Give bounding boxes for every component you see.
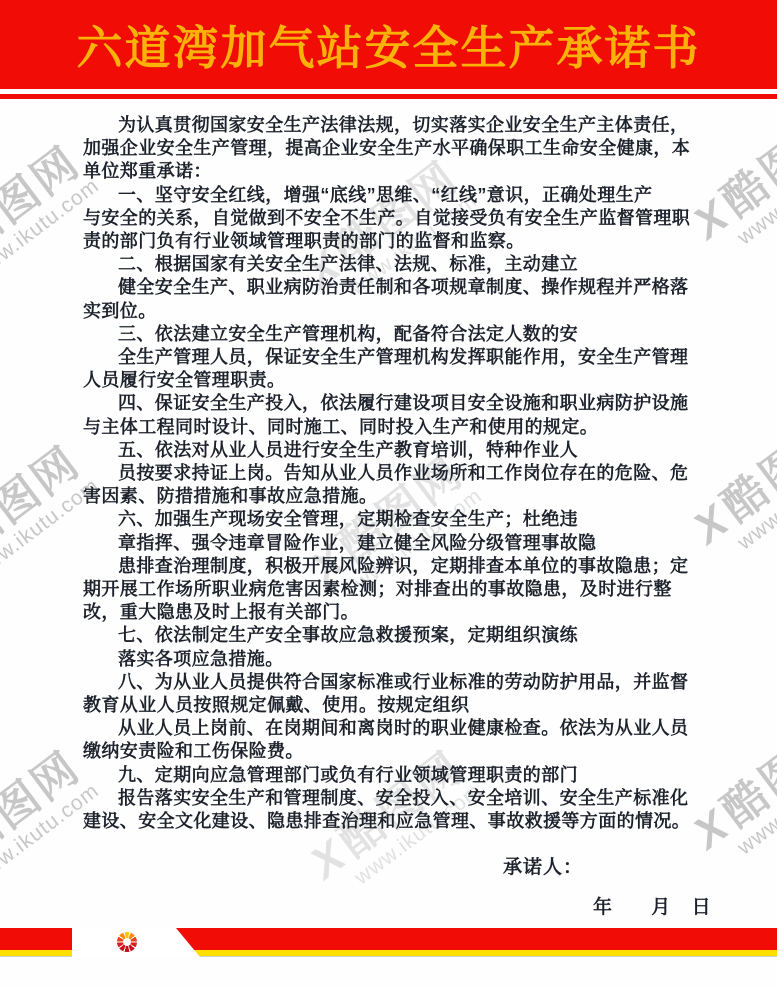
ikutu-brand-text: 酷图网 xyxy=(0,137,89,261)
body-line: 害因素、防措措施和事故应急措施。 xyxy=(83,485,695,508)
body-line: 四、保证安全生产投入，依法履行建设项目安全设施和职业病防护设施 xyxy=(83,392,695,415)
footer-band xyxy=(0,928,777,957)
petrochina-logo-icon xyxy=(117,932,137,952)
commitment-letter-page: X酷图网 www.ikutu.com X酷图网 www.ikutu.com X酷… xyxy=(0,0,777,988)
body-line: 章指挥、强令违章冒险作业，建立健全风险分级管理事故隐 xyxy=(83,532,695,555)
body-line: 三、依法建立安全生产管理机构，配备符合法定人数的安 xyxy=(83,323,695,346)
body-line: 一、坚守安全红线，增强“底线”思维、“红线”意识，正确处理生产 xyxy=(83,184,695,207)
body-line: 五、依法对从业人员进行安全生产教育培训，特种作业人 xyxy=(83,439,695,462)
body-line: 实到位。 xyxy=(83,300,695,323)
body-line: 落实各项应急措施。 xyxy=(83,648,695,671)
body-line: 与安全的关系，自觉做到不安全不生产。自觉接受负有安全生产监督管理职 xyxy=(83,207,695,230)
body-line: 单位郑重承诺： xyxy=(83,160,695,183)
body-line: 为认真贯彻国家安全生产法律法规，切实落实企业安全生产主体责任， xyxy=(83,114,695,137)
ikutu-url-text: www.ikutu.com xyxy=(734,445,777,555)
header-divider xyxy=(0,94,777,99)
body-line: 报告落实安全生产和管理制度、安全投入、安全培训、安全生产标准化 xyxy=(83,787,695,810)
body-line: 期开展工作场所职业病危害因素检测；对排查出的事故隐患，及时进行整 xyxy=(83,578,695,601)
document-body: 为认真贯彻国家安全生产法律法规，切实落实企业安全生产主体责任， 加强企业安全生产… xyxy=(83,114,695,833)
ikutu-brand-text: 酷图网 xyxy=(713,712,777,836)
ikutu-watermark: X酷图网 www.ikutu.com xyxy=(685,103,777,265)
body-line: 加强企业安全生产管理，提高企业安全生产水平确保职工生命安全健康，本 xyxy=(83,137,695,160)
body-line: 六、加强生产现场安全管理，定期检查安全生产；杜绝违 xyxy=(83,508,695,531)
ikutu-brand-text: 酷图网 xyxy=(0,437,89,561)
ikutu-url-text: www.ikutu.com xyxy=(734,140,777,250)
body-line: 缴纳安责险和工伤保险费。 xyxy=(83,740,695,763)
ikutu-logo-mark: X xyxy=(301,830,356,889)
page-title: 六道湾加气站安全生产承诺书 xyxy=(77,12,701,78)
body-line: 人员履行安全管理职责。 xyxy=(83,369,695,392)
body-line: 患排查治理制度，积极开展风险辨识，定期排查本单位的事故隐患；定 xyxy=(83,555,695,578)
body-line: 责的部门负有行业领域管理职责的部门的监督和监察。 xyxy=(83,230,695,253)
ikutu-brand-text: 酷图网 xyxy=(713,407,777,531)
body-line: 全生产管理人员，保证安全生产管理机构发挥职能作用，安全生产管理 xyxy=(83,346,695,369)
body-line: 健全安全生产、职业病防治责任制和各项规章制度、操作规程并严格落 xyxy=(83,276,695,299)
body-line: 与主体工程同时设计、同时施工、同时投入生产和使用的规定。 xyxy=(83,416,695,439)
body-line: 七、依法制定生产安全事故应急救援预案，定期组织演练 xyxy=(83,624,695,647)
body-line: 教育从业人员按照规定佩戴、使用。按规定组织 xyxy=(83,694,695,717)
body-line: 二、根据国家有关安全生产法律、法规、标准，主动建立 xyxy=(83,253,695,276)
body-line: 建设、安全文化建设、隐患排查治理和应急管理、事故救援等方面的情况。 xyxy=(83,810,695,833)
date-line: 年 月 日 xyxy=(593,892,711,919)
body-line: 从业人员上岗前、在岗期间和离岗时的职业健康检查。依法为从业人员 xyxy=(83,717,695,740)
date-day-label: 日 xyxy=(692,897,711,918)
ikutu-url-text: www.ikutu.com xyxy=(734,750,777,860)
ikutu-brand-text: 酷图网 xyxy=(0,742,89,866)
ikutu-watermark: X酷图网 www.ikutu.com xyxy=(685,408,777,570)
ikutu-watermark: X酷图网 www.ikutu.com xyxy=(685,713,777,875)
signer-label: 承诺人： xyxy=(503,852,583,879)
header-band: 六道湾加气站安全生产承诺书 xyxy=(0,0,777,89)
body-line: 改，重大隐患及时上报有关部门。 xyxy=(83,601,695,624)
ikutu-brand-text: 酷图网 xyxy=(713,102,777,226)
body-line: 九、定期向应急管理部门或负有行业领域管理职责的部门 xyxy=(83,764,695,787)
date-year-label: 年 xyxy=(593,897,612,918)
body-line: 员按要求持证上岗。告知从业人员作业场所和工作岗位存在的危险、危 xyxy=(83,462,695,485)
body-line: 八、为从业人员提供符合国家标准或行业标准的劳动防护用品，并监督 xyxy=(83,671,695,694)
date-month-label: 月 xyxy=(651,897,670,918)
